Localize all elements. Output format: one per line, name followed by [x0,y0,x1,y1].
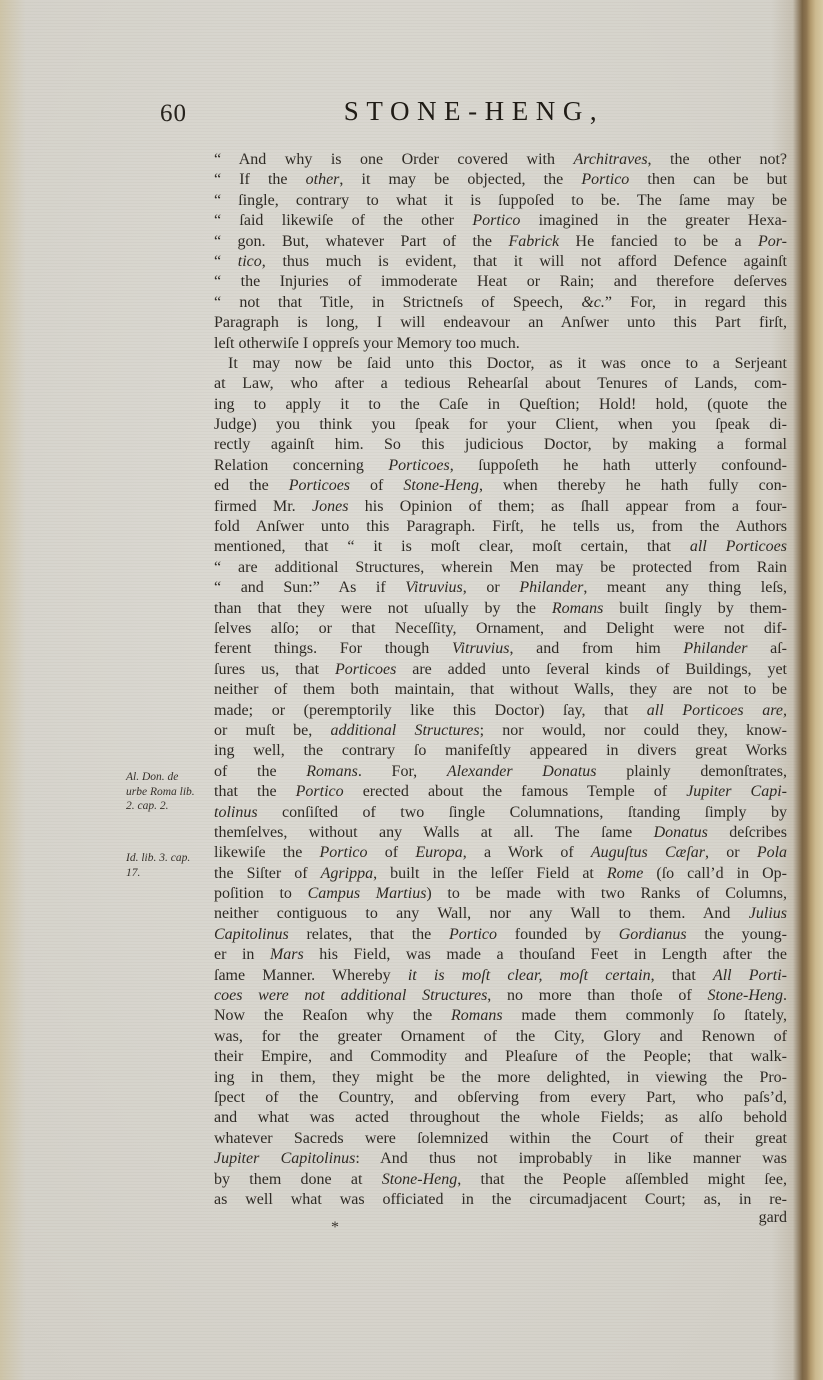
text-line: “ ſaid likewiſe of the other Portico ima… [214,211,787,231]
catchword: gard [214,1209,787,1227]
margin-note-line: 17. [126,866,210,881]
text-line: that the Portico erected about the famou… [214,782,787,802]
text-line: “ gon. But, whatever Part of the Fabrick… [214,232,787,252]
text-line: firmed Mr. Jones his Opinion of them; as… [214,497,787,517]
text-line: er in Mars his Field, was made a thouſan… [214,945,787,965]
text-line: ing in them, they might be the more deli… [214,1068,787,1088]
text-line: was, for the greater Ornament of the Cit… [214,1027,787,1047]
margin-note-line: 2. cap. 2. [126,799,210,814]
margin-note-line: Al. Don. de [126,770,210,785]
text-line: themſelves, without any Walls at all. Th… [214,823,787,843]
text-line: their Empire, and Commodity and Pleaſure… [214,1047,787,1067]
text-line: rectly againſt him. So this judicious Do… [214,435,787,455]
text-line: of the Romans. For, Alexander Donatus pl… [214,762,787,782]
text-line: as well what was officiated in the circu… [214,1190,787,1210]
text-line: mentioned, that “ it is moſt clear, moſt… [214,537,787,557]
text-line: tolinus conſiſted of two ſingle Columnat… [214,803,787,823]
page-left-edge [0,0,26,1380]
text-line: coes were not additional Structures, no … [214,986,787,1006]
text-line: “ ſingle, contrary to what it is ſuppoſe… [214,191,787,211]
text-line: Relation concerning Porticoes, ſuppoſeth… [214,456,787,476]
text-line: “ tico, thus much is evident, that it wi… [214,252,787,272]
text-line: “ are additional Structures, wherein Men… [214,558,787,578]
text-line: “ not that Title, in Strictneſs of Speec… [214,293,787,313]
text-line: “ the Injuries of immoderate Heat or Rai… [214,272,787,292]
text-line: fold Anſwer unto this Paragraph. Firſt, … [214,517,787,537]
text-line: “ And why is one Order covered with Arch… [214,150,787,170]
text-line: ſame Manner. Whereby it is moſt clear, m… [214,966,787,986]
text-line: neither of them both maintain, that with… [214,680,787,700]
text-line: ſpect of the Country, and obſerving from… [214,1088,787,1108]
book-page: 60 STONE-HENG, Al. Don. deurbe Roma lib.… [0,0,823,1380]
text-line: ferent things. For though Vitruvius, and… [214,639,787,659]
text-line: Jupiter Capitolinus: And thus not improb… [214,1149,787,1169]
margin-note-citation-2: Id. lib. 3. cap.17. [126,851,210,880]
text-line: leſt otherwiſe I oppreſs your Memory too… [214,334,787,354]
text-line: Now the Reaſon why the Romans made them … [214,1006,787,1026]
body-text: “ And why is one Order covered with Arch… [214,150,787,1210]
text-line: It may now be ſaid unto this Doctor, as … [214,354,787,374]
text-line: whatever Sacreds were ſolemnized within … [214,1129,787,1149]
text-line: ing to apply it to the Caſe in Queſtion;… [214,395,787,415]
text-line: Paragraph is long, I will endeavour an A… [214,313,787,333]
text-line: neither contiguous to any Wall, nor any … [214,904,787,924]
text-line: ing well, the contrary ſo manifeſtly app… [214,741,787,761]
text-line: the Siſter of Agrippa, built in the leſſ… [214,864,787,884]
running-title: STONE-HENG, [214,96,734,127]
text-line: “ If the other, it may be objected, the … [214,170,787,190]
text-line: Judge) you think you ſpeak for your Clie… [214,415,787,435]
text-line: at Law, who after a tedious Rehearſal ab… [214,374,787,394]
text-line: or muſt be, additional Structures; nor w… [214,721,787,741]
text-line: ſelves alſo; or that Neceſſity, Ornament… [214,619,787,639]
margin-note-line: Id. lib. 3. cap. [126,851,210,866]
text-line: ed the Porticoes of Stone-Heng, when the… [214,476,787,496]
text-line: Capitolinus relates, that the Portico fo… [214,925,787,945]
text-line: by them done at Stone-Heng, that the Peo… [214,1170,787,1190]
text-line: “ and Sun:” As if Vitruvius, or Philande… [214,578,787,598]
text-line: ſures us, that Porticoes are added unto … [214,660,787,680]
page-number: 60 [160,100,187,128]
margin-note-line: urbe Roma lib. [126,785,210,800]
text-line: and what was acted throughout the whole … [214,1108,787,1128]
text-line: made; or (peremptorily like this Doctor)… [214,701,787,721]
signature-mark: * [331,1219,339,1237]
text-line: than that they were not uſually by the R… [214,599,787,619]
text-line: poſition to Campus Martius) to be made w… [214,884,787,904]
margin-note-citation-1: Al. Don. deurbe Roma lib.2. cap. 2. [126,770,210,814]
text-line: likewiſe the Portico of Europa, a Work o… [214,843,787,863]
